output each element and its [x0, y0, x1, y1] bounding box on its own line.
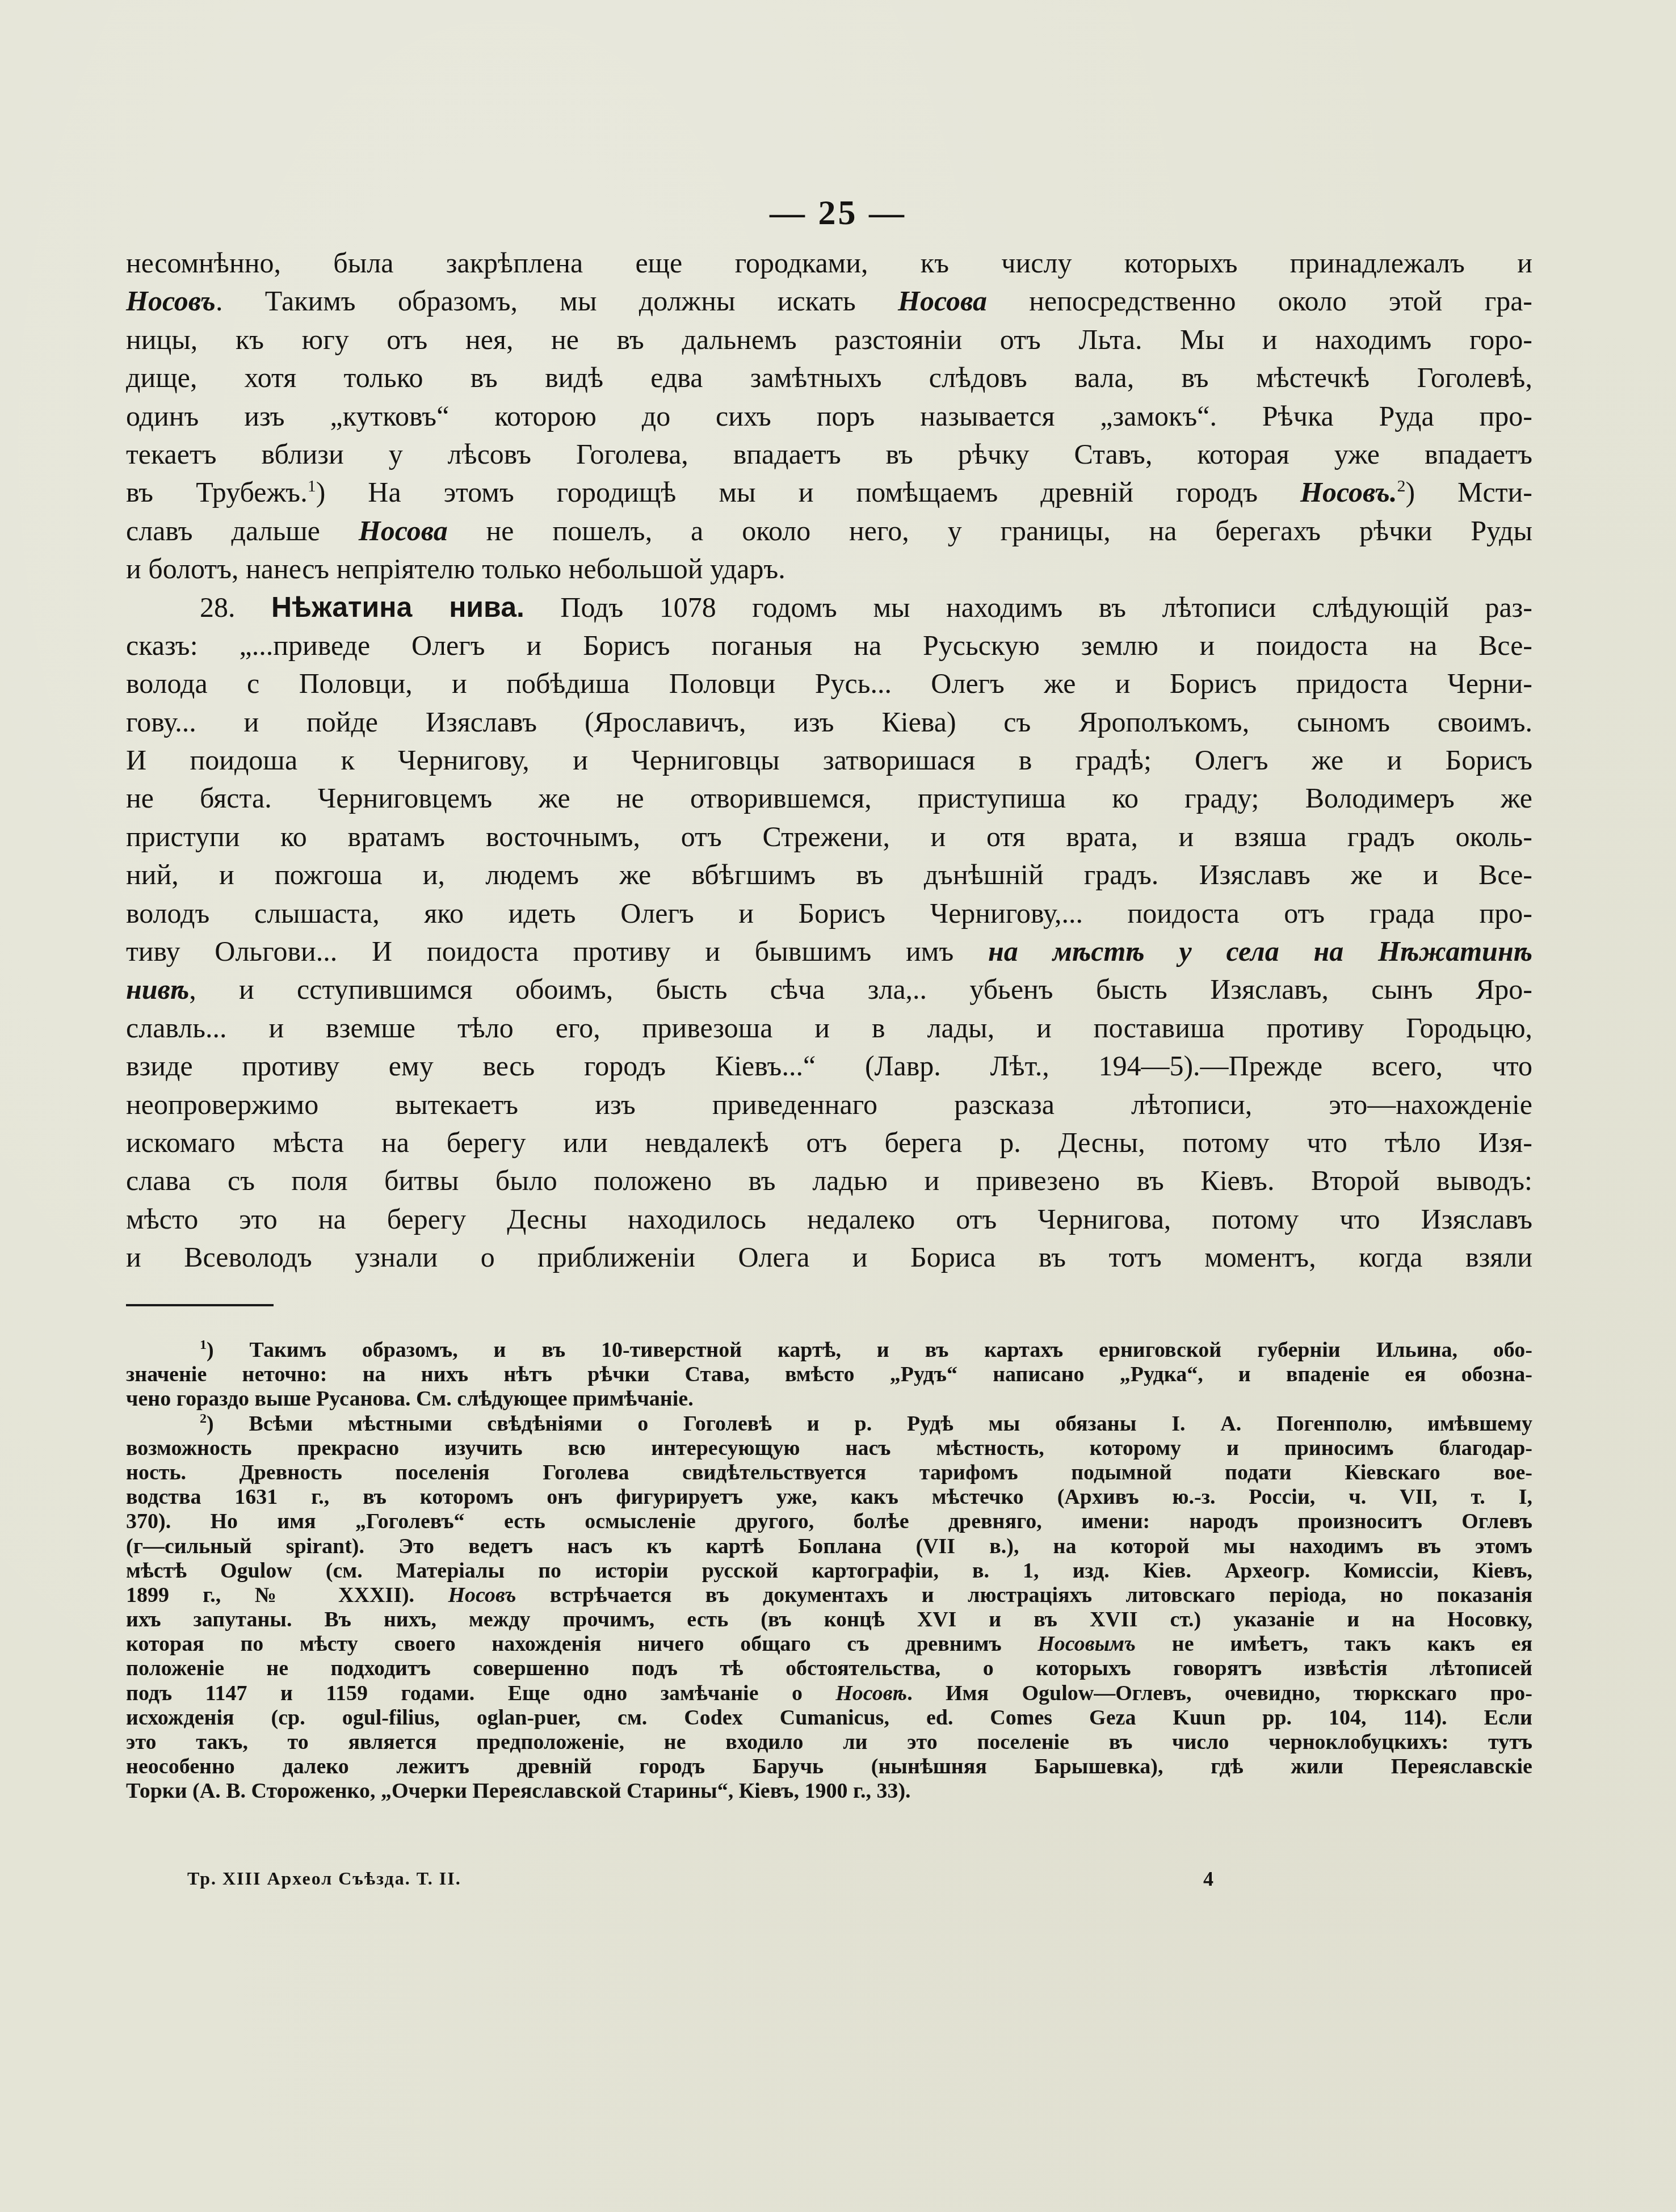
- italic-place-name: Носовъ: [126, 285, 216, 317]
- footnote-marker-2: 2: [200, 1411, 207, 1426]
- section-heading-line: 28. Нѣжатина нива. Подъ 1078 годомъ мы н…: [126, 588, 1532, 626]
- italic-place-name: Носовъ: [448, 1583, 516, 1607]
- footnote-2-line: мѣстѣ Ogulow (см. Матеріалы по исторіи р…: [126, 1559, 1532, 1583]
- text-line: мѣсто это на берегу Десны находилось нед…: [126, 1200, 1532, 1238]
- footnote-divider: [126, 1304, 274, 1306]
- footnote-marker-1: 1: [200, 1338, 207, 1352]
- printer-signature: Тр. XIII Археол Съѣзда. Т. II.: [187, 1868, 461, 1889]
- document-page: — 25 — несомнѣнно, была закрѣплена еще г…: [0, 0, 1676, 2212]
- text-line: и Всеволодъ узнали о приближеніи Олега и…: [126, 1238, 1532, 1276]
- footnote-2-line: которая по мѣсту своего нахожденія ничег…: [126, 1632, 1532, 1656]
- text-line: волода с Половци, и побѣдиша Половци Рус…: [126, 665, 1532, 703]
- text-line: ний, и пожгоша и, людемъ же вбѣгшимъ въ …: [126, 856, 1532, 894]
- footnote-1-line: значеніе неточно: на нихъ нѣтъ рѣчки Ста…: [126, 1362, 1532, 1387]
- text-line: гову... и пойде Изяславъ (Ярославичъ, из…: [126, 703, 1532, 741]
- text-line: взиде противу ему весь городъ Кіевъ...“ …: [126, 1047, 1532, 1085]
- text-line: текаетъ вблизи у лѣсовъ Гоголева, впадае…: [126, 435, 1532, 473]
- italic-place-name: Носова: [898, 285, 987, 317]
- footnote-2-line: 1899 г., № XXXII). Носовъ встрѣчается въ…: [126, 1583, 1532, 1608]
- footnote-2-line: подъ 1147 и 1159 годами. Еще одно замѣча…: [126, 1681, 1532, 1706]
- footnote-2-line: положеніе не подходитъ совершенно подъ т…: [126, 1656, 1532, 1681]
- main-text: несомнѣнно, была закрѣплена еще городкам…: [126, 244, 1532, 1277]
- text-line: искомаго мѣста на берегу или невдалекѣ о…: [126, 1124, 1532, 1162]
- text-line: неопровержимо вытекаетъ изъ приведеннаго…: [126, 1086, 1532, 1124]
- footnote-ref-1[interactable]: 1: [308, 477, 316, 495]
- footnote-1-line: 1) Такимъ образомъ, и въ 10-тиверстной к…: [126, 1338, 1532, 1362]
- footnote-2-line: (г—сильный spirant). Это ведетъ насъ къ …: [126, 1534, 1532, 1559]
- italic-place-name: Носовымъ: [1037, 1632, 1136, 1656]
- footnote-2-line: неособенно далеко лежитъ древній городъ …: [126, 1755, 1532, 1779]
- text-line: и болотъ, нанесъ непріятелю только небол…: [126, 550, 1532, 588]
- footnote-2-line: водства 1631 г., въ которомъ онъ фигурир…: [126, 1485, 1532, 1509]
- text-line: не бяста. Черниговцемъ же не отворившемс…: [126, 779, 1532, 817]
- italic-place-name: Носовѣ: [835, 1681, 907, 1705]
- text-line: въ Трубежъ.1) На этомъ городищѣ мы и пом…: [126, 473, 1532, 511]
- section-title: Нѣжатина нива.: [271, 591, 524, 623]
- text-line: Носовъ. Такимъ образомъ, мы должны искат…: [126, 282, 1532, 320]
- text-line: несомнѣнно, была закрѣплена еще городкам…: [126, 244, 1532, 282]
- footnote-2-line: ихъ запутаны. Въ нихъ, между прочимъ, ес…: [126, 1608, 1532, 1632]
- italic-place-name: Носовъ.: [1300, 476, 1397, 508]
- text-line: ницы, къ югу отъ нея, не въ дальнемъ раз…: [126, 321, 1532, 359]
- text-line: нивѣ, и сступившимся обоимъ, бысть сѣча …: [126, 970, 1532, 1008]
- footnote-2-line: это такъ, то является предположеніе, не …: [126, 1730, 1532, 1755]
- footnotes: 1) Такимъ образомъ, и въ 10-тиверстной к…: [126, 1338, 1532, 1804]
- footnote-2-line: возможность прекрасно изучить всю интере…: [126, 1436, 1532, 1461]
- italic-place-name: Носова: [359, 515, 448, 546]
- text-line: володъ слышаста, яко идеть Олегъ и Борис…: [126, 894, 1532, 932]
- footnote-2-line: ность. Древность поселенія Гоголева свид…: [126, 1461, 1532, 1485]
- text-line: славль... и вземше тѣло его, привезоша и…: [126, 1009, 1532, 1047]
- page-number: — 25 —: [0, 193, 1676, 233]
- text-line: тиву Ольгови... И поидоста противу и быв…: [126, 932, 1532, 970]
- text-line: И поидоша к Чернигову, и Черниговцы затв…: [126, 741, 1532, 779]
- sheet-number: 4: [1203, 1867, 1213, 1891]
- text-line: приступи ко вратамъ восточнымъ, отъ Стре…: [126, 818, 1532, 856]
- footnote-2-line: исхожденія (ср. ogul-filius, oglan-puer,…: [126, 1706, 1532, 1730]
- section-number: 28.: [200, 591, 236, 623]
- footnote-2-line: 2) Всѣми мѣстными свѣдѣніями о Гоголевѣ …: [126, 1412, 1532, 1436]
- footnote-1-line: чено гораздо выше Русанова. См. слѣдующе…: [126, 1387, 1532, 1411]
- text-line: одинъ изъ „кутковъ“ которою до сихъ поръ…: [126, 397, 1532, 435]
- text-line: сказъ: „...приведе Олегъ и Борисъ поганы…: [126, 626, 1532, 665]
- footnote-2-line: 370). Но имя „Гоголевъ“ есть осмысленіе …: [126, 1509, 1532, 1534]
- italic-quote: нивѣ: [126, 973, 189, 1005]
- text-line: дище, хотя только въ видѣ едва замѣтныхъ…: [126, 359, 1532, 397]
- footnote-2-line: Торки (А. В. Стороженко, „Очерки Переясл…: [126, 1779, 1532, 1803]
- footnote-ref-2[interactable]: 2: [1397, 477, 1405, 495]
- italic-quote: на мѣстѣ у села на Нѣжатинѣ: [988, 935, 1532, 967]
- text-line: слава съ поля битвы было положено въ лад…: [126, 1162, 1532, 1200]
- text-line: славъ дальше Носова не пошелъ, а около н…: [126, 512, 1532, 550]
